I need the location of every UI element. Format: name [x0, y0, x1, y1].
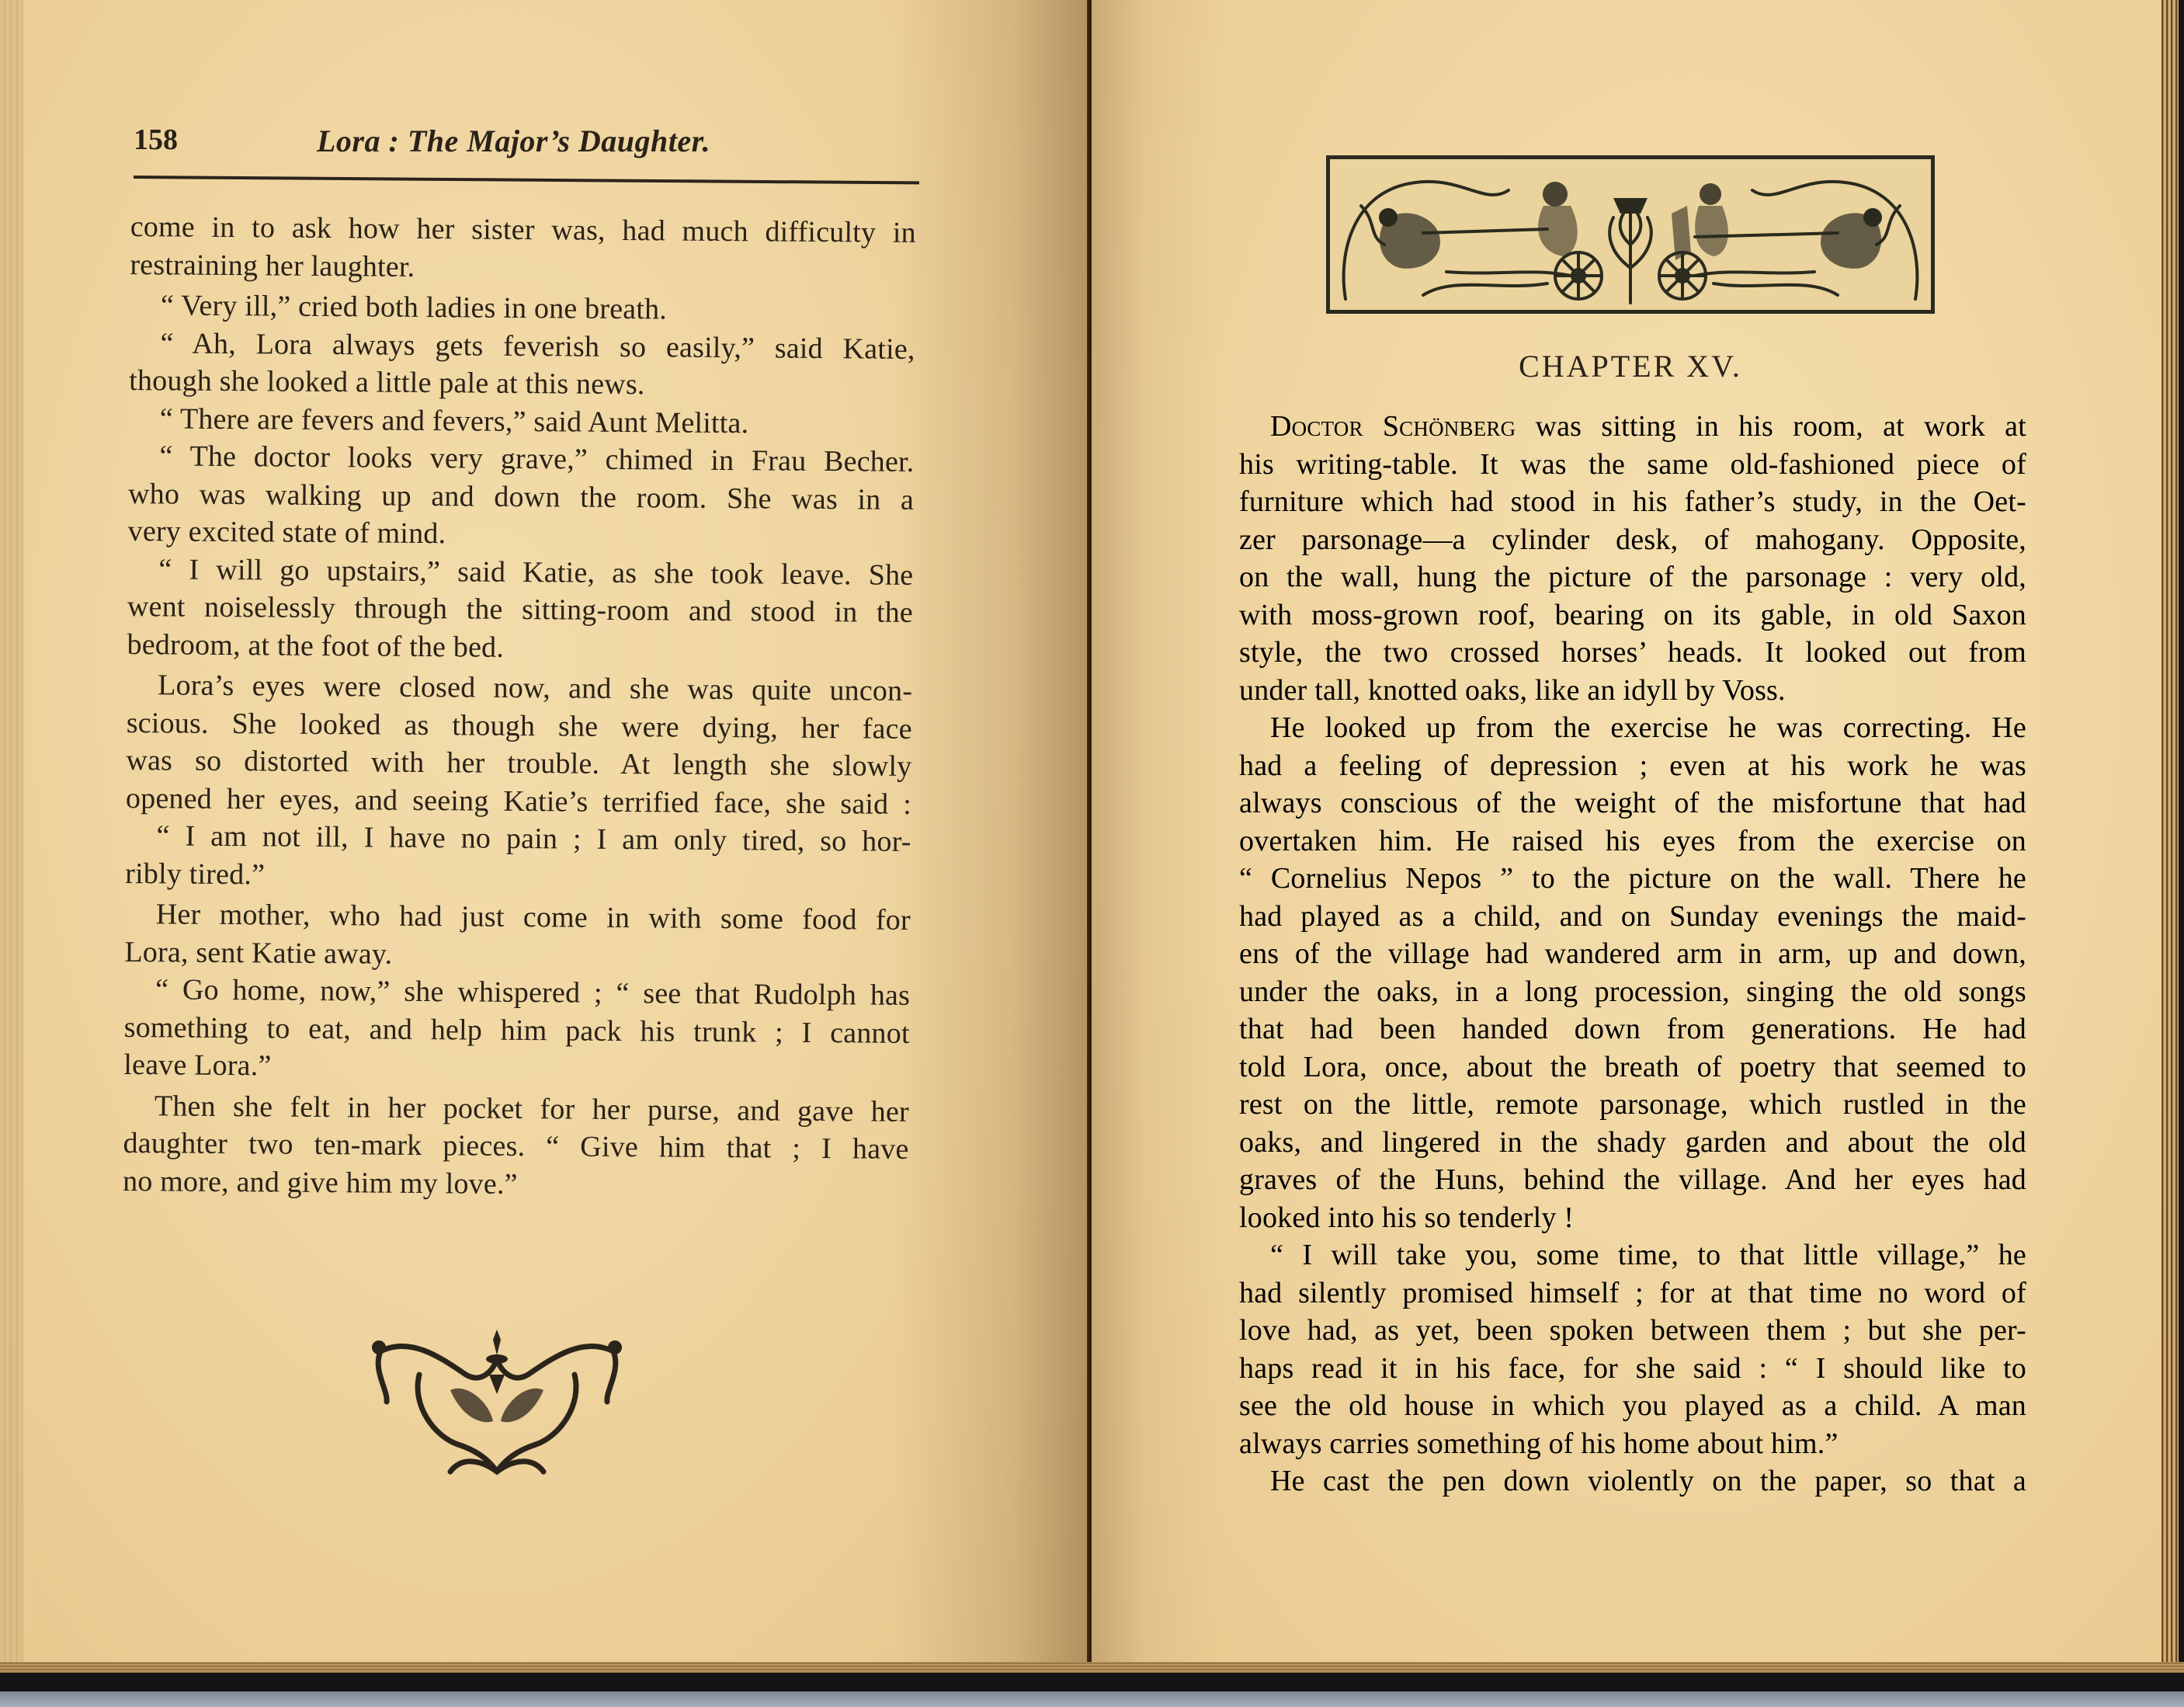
text-line: furniture which had stood in his father’…	[1239, 483, 2026, 521]
text-line: told Lora, once, about the breath of poe…	[1239, 1048, 2026, 1086]
text-line: under the oaks, in a long procession, si…	[1239, 973, 2026, 1011]
text-line: Lora’s eyes were closed now, and she was…	[127, 666, 912, 710]
text-line: had silently promised himself ; for at t…	[1239, 1274, 2026, 1312]
text-line: went noiselessly through the sitting-roo…	[127, 588, 913, 631]
text-line: Lora, sent Katie away.	[124, 933, 910, 976]
chariot-frieze-headpiece-icon	[1326, 155, 1935, 314]
running-title: Lora : The Major’s Daughter.	[317, 123, 710, 159]
left-page-body-text: come in to ask how her sister was, had m…	[123, 208, 916, 1206]
text-line: oaks, and lingered in the shady garden a…	[1239, 1124, 2026, 1162]
text-line: though she looked a little pale at this …	[129, 362, 915, 405]
text-line: see the old house in which you played as…	[1239, 1387, 2026, 1425]
page-number: 158	[134, 123, 178, 157]
text-line: daughter two ten-mark pieces. “ Give him…	[123, 1125, 908, 1168]
left-page: 158 Lora : The Major’s Daughter. come in…	[0, 0, 1089, 1670]
text-line: zer parsonage—a cylinder desk, of mahoga…	[1239, 521, 2026, 559]
text-line: on the wall, hung the picture of the par…	[1239, 558, 2026, 596]
text-line: “ Ah, Lora always gets feverish so easil…	[129, 324, 915, 367]
text-line: come in to ask how her sister was, had m…	[130, 208, 916, 252]
running-head: 158 Lora : The Major’s Daughter.	[134, 116, 918, 171]
text-line: style, the two crossed horses’ heads. It…	[1239, 634, 2026, 672]
text-line: “ Very ill,” cried both ladies in one br…	[130, 287, 915, 330]
text-line: had played as a child, and on Sunday eve…	[1239, 898, 2026, 936]
text-line: “ The doctor looks very grave,” chimed i…	[128, 437, 914, 481]
text-line: bedroom, at the foot of the bed.	[127, 625, 912, 669]
text-line: “ I will go upstairs,” said Katie, as sh…	[127, 550, 913, 593]
text-line: “ I will take you, some time, to that li…	[1239, 1236, 2026, 1274]
text-line: had a feeling of depression ; even at hi…	[1239, 747, 2026, 785]
text-line: Her mother, who had just come in with so…	[125, 895, 911, 939]
scanner-bed	[0, 1691, 2184, 1707]
text-line: haps read it in his face, for she said :…	[1239, 1350, 2026, 1388]
text-line: no more, and give him my love.”	[123, 1162, 908, 1205]
text-line: opened her eyes, and seeing Katie’s terr…	[126, 779, 911, 822]
text-line: was so distorted with her trouble. At le…	[126, 742, 911, 785]
text-line: love had, as yet, been spoken between th…	[1239, 1312, 2026, 1350]
text-line: Then she felt in her pocket for her purs…	[123, 1086, 909, 1130]
text-line: overtaken him. He raised his eyes from t…	[1239, 822, 2026, 860]
text-line: He looked up from the exercise he was co…	[1239, 709, 2026, 747]
text-line: graves of the Huns, behind the village. …	[1239, 1161, 2026, 1199]
text-line: “ I am not ill, I have no pain ; I am on…	[125, 817, 911, 860]
opening-small-caps: Doctor Schönberg	[1270, 410, 1516, 443]
text-line: always conscious of the weight of the mi…	[1239, 784, 2026, 822]
text-line: scious. She looked as though she were dy…	[127, 704, 912, 747]
page-edge-stack-left	[0, 0, 23, 1670]
right-page-body-text: Doctor Schönberg was sitting in his room…	[1239, 408, 2026, 1500]
text-line: something to eat, and help him pack his …	[124, 1008, 910, 1052]
text-line: leave Lora.”	[123, 1046, 909, 1090]
text-line: Doctor Schönberg was sitting in his room…	[1239, 408, 2026, 446]
page-edge-stack-right	[2161, 0, 2179, 1670]
text-line: ribly tired.”	[125, 854, 911, 898]
text-line: with moss-grown roof, bearing on its gab…	[1239, 596, 2026, 634]
text-line: rest on the little, remote parsonage, wh…	[1239, 1086, 2026, 1124]
text-line: who was walking up and down the room. Sh…	[128, 475, 914, 518]
text-line: that had been handed down from generatio…	[1239, 1010, 2026, 1048]
text-line: always carries something of his home abo…	[1239, 1425, 2026, 1463]
text-line: looked into his so tenderly !	[1239, 1199, 2026, 1237]
page-bottom-edge	[0, 1662, 2184, 1673]
ornamental-tailpiece-icon	[365, 1328, 629, 1483]
text-line: very excited state of mind.	[128, 513, 914, 556]
text-line: “ Go home, now,” she whispered ; “ see t…	[124, 971, 910, 1014]
text-line: “ Cornelius Nepos ” to the picture on th…	[1239, 860, 2026, 898]
text-line: his writing-table. It was the same old-f…	[1239, 446, 2026, 484]
text-line: ens of the village had wandered arm in a…	[1239, 935, 2026, 973]
text-line: restraining her laughter.	[130, 245, 915, 289]
text-line: He cast the pen down violently on the pa…	[1239, 1462, 2026, 1500]
chapter-title: CHAPTER XV.	[1326, 348, 1935, 384]
text-line: under tall, knotted oaks, like an idyll …	[1239, 672, 2026, 710]
header-rule	[134, 176, 919, 184]
text-line: “ There are fevers and fevers,” said Aun…	[129, 399, 915, 443]
